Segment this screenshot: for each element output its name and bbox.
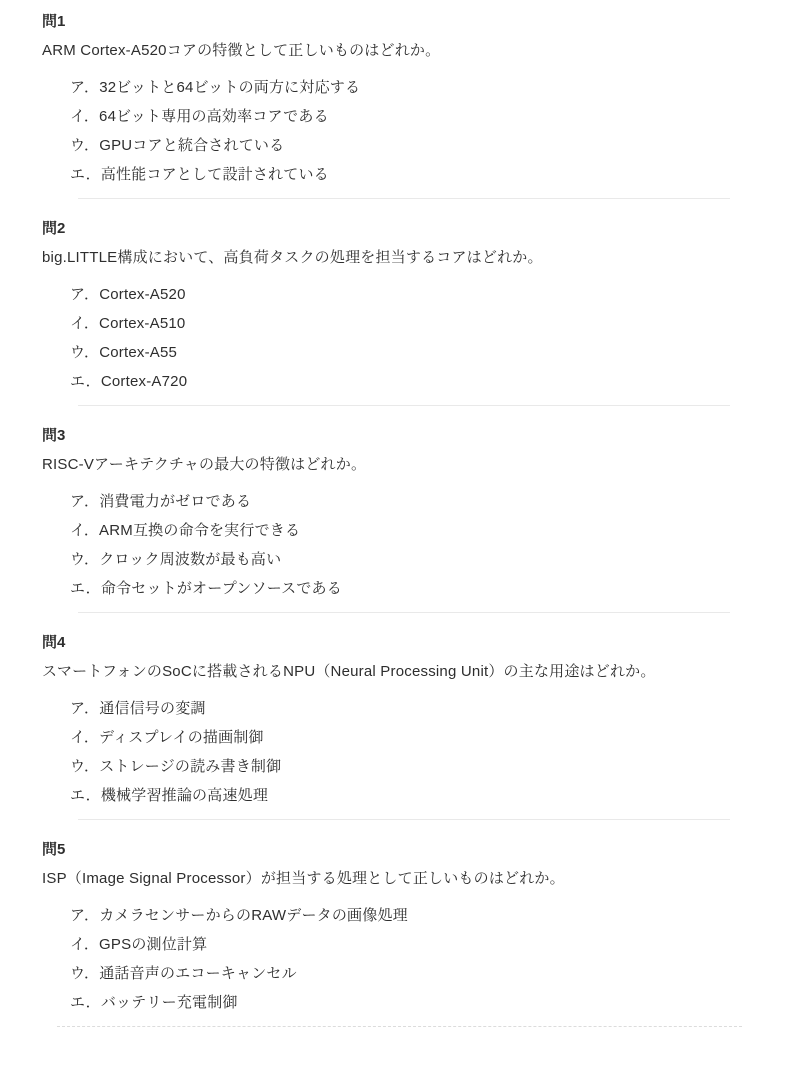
- question-number: 問3: [42, 426, 742, 446]
- option-item: エ．機械学習推論の高速処理: [70, 786, 742, 806]
- question-stem: big.LITTLE構成において、高負荷タスクの処理を担当するコアはどれか。: [42, 248, 742, 268]
- option-item: エ．バッテリー充電制御: [70, 993, 742, 1013]
- question-divider: [78, 198, 730, 199]
- option-list: ア．カメラセンサーからのRAWデータの画像処理イ．GPSの測位計算ウ．通話音声の…: [70, 906, 742, 1013]
- option-item: ウ．GPUコアと統合されている: [70, 136, 742, 156]
- question-divider: [78, 819, 730, 820]
- option-item: ウ．ストレージの読み書き制御: [70, 757, 742, 777]
- option-item: イ．Cortex-A510: [70, 314, 742, 334]
- option-item: エ．命令セットがオープンソースである: [70, 579, 742, 599]
- question-block: 問2 big.LITTLE構成において、高負荷タスクの処理を担当するコアはどれか…: [42, 219, 742, 406]
- option-item: ウ．Cortex-A55: [70, 343, 742, 363]
- option-item: イ．64ビット専用の高効率コアである: [70, 107, 742, 127]
- question-stem: スマートフォンのSoCに搭載されるNPU（Neural Processing U…: [42, 662, 742, 682]
- option-item: ア．消費電力がゼロである: [70, 492, 742, 512]
- option-item: ア．32ビットと64ビットの両方に対応する: [70, 78, 742, 98]
- question-divider: [57, 1026, 742, 1027]
- option-item: ア．通信信号の変調: [70, 699, 742, 719]
- option-item: イ．ディスプレイの描画制御: [70, 728, 742, 748]
- option-item: イ．GPSの測位計算: [70, 935, 742, 955]
- option-item: ウ．通話音声のエコーキャンセル: [70, 964, 742, 984]
- option-list: ア．消費電力がゼロであるイ．ARM互換の命令を実行できるウ．クロック周波数が最も…: [70, 492, 742, 599]
- question-number: 問1: [42, 12, 742, 32]
- option-list: ア．通信信号の変調イ．ディスプレイの描画制御ウ．ストレージの読み書き制御エ．機械…: [70, 699, 742, 806]
- option-item: ア．Cortex-A520: [70, 285, 742, 305]
- question-number: 問5: [42, 840, 742, 860]
- question-block: 問1 ARM Cortex-A520コアの特徴として正しいものはどれか。 ア．3…: [42, 12, 742, 199]
- question-number: 問4: [42, 633, 742, 653]
- question-stem: ARM Cortex-A520コアの特徴として正しいものはどれか。: [42, 41, 742, 61]
- option-item: ウ．クロック周波数が最も高い: [70, 550, 742, 570]
- question-stem: RISC-Vアーキテクチャの最大の特徴はどれか。: [42, 455, 742, 475]
- option-item: イ．ARM互換の命令を実行できる: [70, 521, 742, 541]
- option-item: エ．Cortex-A720: [70, 372, 742, 392]
- question-block: 問4 スマートフォンのSoCに搭載されるNPU（Neural Processin…: [42, 633, 742, 820]
- question-stem: ISP（Image Signal Processor）が担当する処理として正しい…: [42, 869, 742, 889]
- question-block: 問3 RISC-Vアーキテクチャの最大の特徴はどれか。 ア．消費電力がゼロである…: [42, 426, 742, 613]
- question-divider: [78, 612, 730, 613]
- option-item: エ．高性能コアとして設計されている: [70, 165, 742, 185]
- option-list: ア．Cortex-A520イ．Cortex-A510ウ．Cortex-A55エ．…: [70, 285, 742, 392]
- question-number: 問2: [42, 219, 742, 239]
- option-list: ア．32ビットと64ビットの両方に対応するイ．64ビット専用の高効率コアであるウ…: [70, 78, 742, 185]
- question-block: 問5 ISP（Image Signal Processor）が担当する処理として…: [42, 840, 742, 1027]
- question-divider: [78, 405, 730, 406]
- option-item: ア．カメラセンサーからのRAWデータの画像処理: [70, 906, 742, 926]
- quiz-page: 問1 ARM Cortex-A520コアの特徴として正しいものはどれか。 ア．3…: [0, 0, 792, 1080]
